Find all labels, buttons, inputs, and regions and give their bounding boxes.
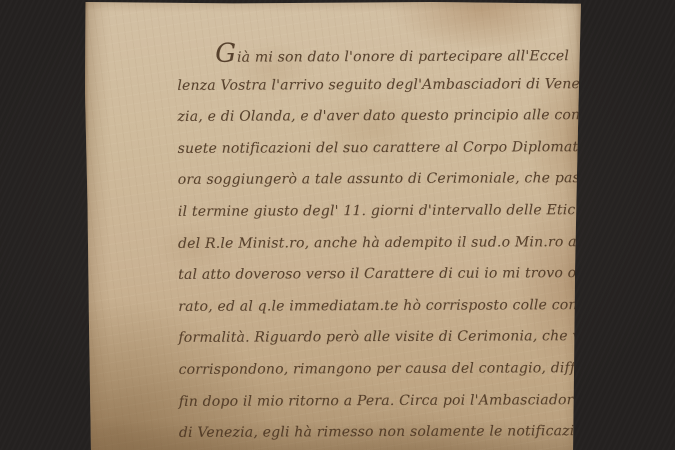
manuscript-line: lenza Vostra l'arrivo seguito degl'Ambas… — [177, 69, 577, 102]
letter-body-text: Già mi son dato l'onore di partecipare a… — [177, 37, 579, 449]
manuscript-line: zia, e di Olanda, e d'aver dato questo p… — [177, 100, 577, 133]
manuscript-page: lenza Vostra l'arrivo seguito degl'Ambas… — [84, 2, 581, 450]
photograph-backdrop: lenza Vostra l'arrivo seguito degl'Ambas… — [0, 0, 675, 450]
manuscript-line: suete notificazioni del suo carattere al… — [178, 132, 578, 165]
manuscript-line: Già mi son dato l'onore di partecipare a… — [177, 37, 577, 70]
manuscript-line: il termine giusto degl' 11. giorni d'int… — [178, 195, 578, 228]
manuscript-line: ora soggiungerò a tale assunto di Cerimo… — [178, 164, 578, 197]
manuscript-line: rato, ed al q.le immediatam.te hò corris… — [178, 290, 578, 323]
manuscript-line: di Venezia, egli hà rimesso non solament… — [179, 416, 579, 449]
manuscript-line: fin dopo il mio ritorno a Pera. Circa po… — [179, 385, 579, 418]
manuscript-line: corrispondono, rimangono per causa del c… — [178, 353, 578, 386]
manuscript-line: formalità. Riguardo però alle visite di … — [178, 321, 578, 354]
manuscript-line: tal atto doveroso verso il Carattere di … — [178, 258, 578, 291]
manuscript-line: del R.le Minist.ro, anche hà adempito il… — [178, 227, 578, 260]
